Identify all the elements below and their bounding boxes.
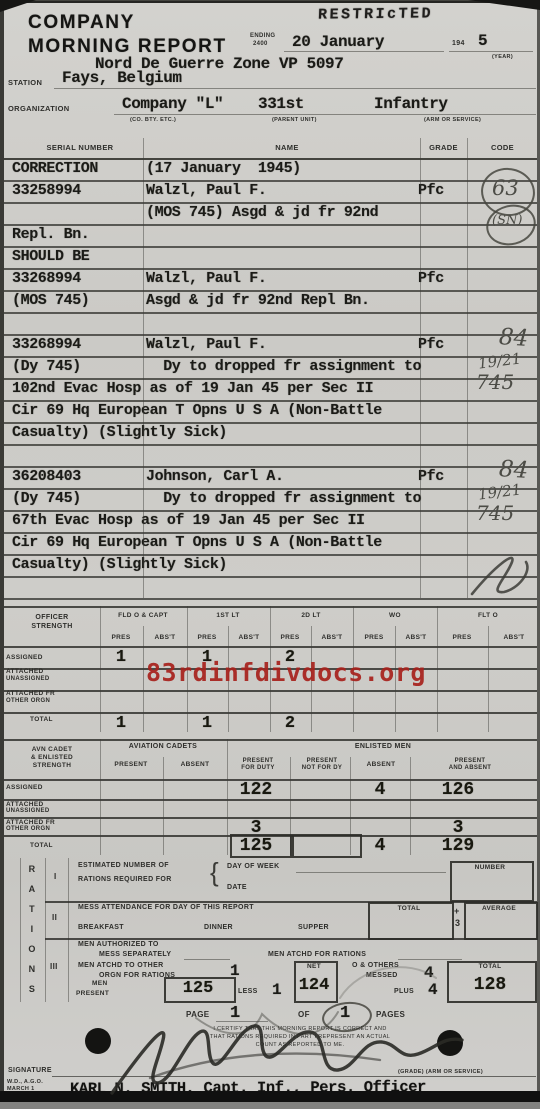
roster-row: Casualty) (Slightly Sick) <box>4 554 537 578</box>
roster-serial: 33258994 <box>12 182 81 199</box>
roster-col-name: NAME <box>154 143 420 152</box>
rule <box>449 51 533 52</box>
divide-three-glyph: 3 <box>455 918 460 928</box>
organization-label: ORGANIZATION <box>8 104 70 113</box>
plus-label: PLUS <box>394 988 414 995</box>
roster-name: Walzl, Paul F. <box>146 336 266 353</box>
total-present-notduty-box <box>292 834 362 858</box>
rule <box>227 739 228 855</box>
roster-entry-text: Casualty) (Slightly Sick) <box>12 556 227 573</box>
year-typed: 5 <box>478 32 487 50</box>
report-date: 20 January <box>292 33 384 51</box>
officer-strength-value: 1 <box>202 714 212 733</box>
men-present-value: 125 <box>183 979 214 998</box>
roster-serial: (Dy 745) <box>12 490 81 507</box>
roster-entry-text: Cir 69 Hq European T Opns U S A (Non-Bat… <box>12 534 382 551</box>
rule <box>68 858 69 1002</box>
cadet-col-header: PRESENT <box>455 758 486 764</box>
roster-row: 36208403Johnson, Carl A.Pfc <box>4 466 537 490</box>
org-sub-company: (CO. BTY. ETC.) <box>130 117 176 123</box>
station-value: Fays, Belgium <box>62 69 182 87</box>
handwritten-code: (SN) <box>492 213 522 228</box>
year-printed: 194 <box>452 40 465 47</box>
officer-group-header: WO <box>389 612 401 619</box>
officer-table-title2: STRENGTH <box>31 623 72 630</box>
others-label1: O & OTHERS <box>352 962 399 969</box>
pages-label: PAGES <box>376 1010 405 1019</box>
rule <box>184 959 230 960</box>
number-box-label: NUMBER <box>475 864 506 871</box>
men-label: MEN <box>92 980 108 987</box>
roster-row: (MOS 745)Asgd & jd fr 92nd Repl Bn. <box>4 290 537 314</box>
roster-serial: CORRECTION <box>12 160 98 177</box>
roster-name: (17 January 1945) <box>146 160 301 177</box>
cadet-row-label: TOTAL <box>30 842 53 849</box>
roster-col-code: CODE <box>468 143 537 152</box>
cadet-group-cadets: AVIATION CADETS <box>129 743 197 750</box>
photo-edge-gray <box>0 1102 540 1109</box>
org-sub-arm: (ARM OR SERVICE) <box>424 117 481 123</box>
officer-strength-value: 1 <box>116 714 126 733</box>
roster-row: (Dy 745) Dy to dropped fr assignment to <box>4 356 537 380</box>
rule <box>54 88 536 89</box>
roster-row: SHOULD BE <box>4 246 537 270</box>
roster-col-serial: SERIAL NUMBER <box>16 143 144 152</box>
cadet-row-label: ATTACHED <box>6 801 44 808</box>
rule <box>284 51 444 52</box>
day-of-week-label: DAY OF WEEK <box>227 863 279 870</box>
roster-name: (MOS 745) Asgd & jd fr 92nd <box>146 204 378 221</box>
officer-table-title1: OFFICER <box>35 614 68 621</box>
divide-plus-glyph: + <box>454 906 460 916</box>
roster-name: Walzl, Paul F. <box>146 182 266 199</box>
roster-entry-text: Cir 69 Hq European T Opns U S A (Non-Bat… <box>12 402 382 419</box>
roster-grade: Pfc <box>418 468 444 485</box>
rule <box>4 817 537 819</box>
rule <box>100 606 101 732</box>
net-value: 124 <box>299 976 330 995</box>
total-present-duty-box <box>230 834 292 858</box>
page-label: PAGE <box>186 1010 209 1019</box>
rule <box>45 858 46 1002</box>
form-note1: W.D., A.G.O. <box>7 1079 43 1085</box>
officer-row-label: UNASSIGNED <box>6 676 50 682</box>
date-label: DATE <box>227 884 247 891</box>
officer-strength-value: 2 <box>285 714 295 733</box>
handwritten-code: 84 <box>498 456 529 484</box>
estimated-rations-label2: RATIONS REQUIRED FOR <box>78 876 172 883</box>
morning-report-scan: RESTRIcTED COMPANY MORNING REPORT ENDING… <box>0 0 540 1109</box>
others-label2: MESSED <box>366 972 398 979</box>
certify-line2: THAT RATIONS REQUIRED IN PART I REPRESEN… <box>210 1034 390 1040</box>
enlisted-strength-value: 4 <box>375 836 386 856</box>
roster-serial: (MOS 745) <box>12 292 89 309</box>
roster-serial: SHOULD BE <box>12 248 89 265</box>
ending-label: ENDING <box>250 33 275 39</box>
officer-subheader: ABS'T <box>406 634 427 641</box>
roster-entry-text: 67th Evac Hosp as of 19 Jan 45 per Sec I… <box>12 512 365 529</box>
officer-row-label: TOTAL <box>30 716 53 723</box>
roster-serial: 33268994 <box>12 270 81 287</box>
roster-serial: Repl. Bn. <box>12 226 89 243</box>
breakfast-label: BREAKFAST <box>78 924 124 931</box>
year-label: (YEAR) <box>492 54 513 60</box>
officer-subheader: ABS'T <box>239 634 260 641</box>
rations-side-letter: R <box>29 864 36 874</box>
roster-name: Walzl, Paul F. <box>146 270 266 287</box>
cadet-col-header: PRESENT <box>114 761 147 768</box>
rations-section2-num: II <box>52 913 57 922</box>
dinner-label: DINNER <box>204 924 233 931</box>
roster-name: Asgd & jd fr 92nd Repl Bn. <box>146 292 370 309</box>
roster-row: Cir 69 Hq European T Opns U S A (Non-Bat… <box>4 400 537 424</box>
roster-serial: 33268994 <box>12 336 81 353</box>
grade-service-note: (GRADE) (ARM OR SERVICE) <box>398 1069 483 1075</box>
cadet-row-label: UNASSIGNED <box>6 808 50 814</box>
officer-subheader: ABS'T <box>322 634 343 641</box>
mess-separately-label: MESS SEPARATELY <box>99 951 171 958</box>
cadet-row-label: ASSIGNED <box>6 784 43 791</box>
rule <box>4 739 537 741</box>
men-authorized-label: MEN AUTHORIZED TO <box>78 941 159 948</box>
rations-side-label: RATIONS <box>24 858 40 1002</box>
roster-serial: (Dy 745) <box>12 358 81 375</box>
handwritten-code: 63 <box>492 176 519 200</box>
rule <box>437 606 438 732</box>
supper-label: SUPPER <box>298 924 329 931</box>
cadet-col-header: PRESENT <box>307 758 338 764</box>
roster-row <box>4 576 537 600</box>
atchd-other-label1: MEN ATCHD TO OTHER <box>78 962 164 969</box>
roster-grade: Pfc <box>418 182 444 199</box>
roster-row: Repl. Bn. <box>4 224 537 248</box>
roster-row: CORRECTION(17 January 1945) <box>4 158 537 182</box>
rations-section1-num: I <box>54 872 57 881</box>
net-label: NET <box>307 963 321 970</box>
rule <box>20 858 21 1002</box>
rule <box>4 799 537 801</box>
rule <box>420 138 421 598</box>
officer-subheader: PRES <box>452 634 471 641</box>
officer-row-label: ASSIGNED <box>6 654 43 661</box>
mess-total-label: TOTAL <box>398 905 421 912</box>
men-atchd-rations-label: MEN ATCHD FOR RATIONS <box>268 951 366 958</box>
restricted-stamp: RESTRIcTED <box>318 5 434 23</box>
rule <box>163 757 164 855</box>
officer-subheader: PRES <box>280 634 299 641</box>
certify-line3: COUNT AS REPORTED TO ME. <box>256 1042 345 1048</box>
roster-body: CORRECTION(17 January 1945)33258994Walzl… <box>4 158 537 598</box>
estimated-rations-label1: ESTIMATED NUMBER OF <box>78 862 169 869</box>
average-label: AVERAGE <box>482 905 516 912</box>
org-company: Company "L" <box>122 95 223 113</box>
rations-side-letter: T <box>29 904 35 914</box>
hole-punch-right <box>437 1030 463 1056</box>
cadet-col-header: FOR DUTY <box>241 765 274 771</box>
roster-row: (Dy 745) Dy to dropped fr assignment to <box>4 488 537 512</box>
cadet-table-title2: & ENLISTED <box>31 754 73 761</box>
officer-subheader: ABS'T <box>504 634 525 641</box>
rations-side-letter: N <box>29 964 36 974</box>
roster-row: 33268994Walzl, Paul F.Pfc <box>4 268 537 292</box>
rule <box>467 138 468 598</box>
cadet-row-label: ATTACHED FR <box>6 819 55 826</box>
roster-name: Dy to dropped fr assignment to <box>146 358 421 375</box>
officer-group-header: FLD O & CAPT <box>118 612 168 619</box>
roster-col-grade: GRADE <box>420 143 467 152</box>
roster-row <box>4 444 537 468</box>
rule <box>143 138 144 598</box>
photo-edge-black <box>0 1091 540 1102</box>
rations-side-letter: I <box>31 924 34 934</box>
rule <box>4 779 537 781</box>
rule <box>52 1076 536 1077</box>
org-sub-parent: (PARENT UNIT) <box>272 117 317 123</box>
cadet-table-title1: AVN CADET <box>32 746 73 753</box>
roster-name: Johnson, Carl A. <box>146 468 284 485</box>
handwritten-code: 745 <box>476 370 514 394</box>
signature-label: SIGNATURE <box>8 1067 52 1074</box>
cadet-table-title3: STRENGTH <box>33 762 72 769</box>
org-arm: Infantry <box>374 95 448 113</box>
enlisted-strength-value: 126 <box>442 780 474 800</box>
roster-row: 102nd Evac Hosp as of 19 Jan 45 per Sec … <box>4 378 537 402</box>
mess-attendance-label: MESS ATTENDANCE FOR DAY OF THIS REPORT <box>78 904 254 911</box>
form-title-line1: COMPANY <box>28 12 135 34</box>
roster-entry-text: Casualty) (Slightly Sick) <box>12 424 227 441</box>
present-label: PRESENT <box>76 990 109 997</box>
officer-subheader: PRES <box>197 634 216 641</box>
officer-group-header: 2D LT <box>301 612 320 619</box>
enlisted-strength-value: 129 <box>442 836 474 856</box>
roster-name: Dy to dropped fr assignment to <box>146 490 421 507</box>
rule <box>100 739 101 855</box>
officer-row-label: OTHER ORGN <box>6 698 50 704</box>
rule <box>488 626 489 732</box>
rule <box>143 626 144 732</box>
rations-side-letter: O <box>28 944 35 954</box>
cadet-col-header: PRESENT <box>243 758 274 764</box>
officer-group-header: FLT O <box>478 612 498 619</box>
handwritten-code: 745 <box>476 501 514 525</box>
brace-glyph: { <box>210 857 219 888</box>
rations-total-value: 128 <box>474 975 506 995</box>
roster-row: 33258994Walzl, Paul F.Pfc <box>4 180 537 204</box>
cadet-col-header: ABSENT <box>367 761 396 768</box>
cadet-col-header: ABSENT <box>181 761 210 768</box>
rule <box>410 757 411 855</box>
roster-row: Cir 69 Hq European T Opns U S A (Non-Bat… <box>4 532 537 556</box>
rule <box>114 114 536 115</box>
watermark-text: 83rdinfdivdocs.org <box>146 658 426 687</box>
roster-serial: 36208403 <box>12 468 81 485</box>
roster-entry-text: 102nd Evac Hosp as of 19 Jan 45 per Sec … <box>12 380 373 397</box>
less-label: LESS <box>238 988 258 995</box>
cadet-col-header: AND ABSENT <box>449 765 492 771</box>
officer-subheader: ABS'T <box>155 634 176 641</box>
handwritten-code: 84 <box>498 324 529 352</box>
roster-grade: Pfc <box>418 270 444 287</box>
others-messed-value: 4 <box>424 964 433 982</box>
officer-subheader: PRES <box>364 634 383 641</box>
enlisted-strength-value: 4 <box>375 780 386 800</box>
roster-grade: Pfc <box>418 336 444 353</box>
enlisted-strength-value: 122 <box>240 780 272 800</box>
rule <box>296 872 446 873</box>
pages-number: 1 <box>340 1004 350 1023</box>
cadet-group-enlisted: ENLISTED MEN <box>355 743 411 750</box>
cadet-col-header: NOT FOR DY <box>302 765 343 771</box>
certify-line1: I CERTIFY THAT THIS MORNING REPORT IS CO… <box>213 1026 386 1032</box>
roster-row: (MOS 745) Asgd & jd fr 92nd <box>4 202 537 226</box>
rations-total-label: TOTAL <box>479 963 502 970</box>
rations-side-letter: A <box>29 884 36 894</box>
roster-row: Casualty) (Slightly Sick) <box>4 422 537 446</box>
of-label: OF <box>298 1010 310 1019</box>
rule <box>216 1021 268 1022</box>
officer-strength-value: 1 <box>116 648 126 667</box>
less-value: 1 <box>272 981 281 999</box>
roster-row: 33268994Walzl, Paul F.Pfc <box>4 334 537 358</box>
station-label: STATION <box>8 78 42 87</box>
rations-section3-num: III <box>50 962 58 971</box>
plus-value: 4 <box>428 981 437 999</box>
cadet-row-label: OTHER ORGN <box>6 826 50 832</box>
officer-group-header: 1ST LT <box>216 612 239 619</box>
rule <box>398 959 462 960</box>
roster-header: SERIAL NUMBER NAME GRADE CODE <box>4 138 537 160</box>
org-parent-unit: 331st <box>258 95 304 113</box>
ending-time-label: 2400 <box>253 41 268 47</box>
officer-subheader: PRES <box>111 634 130 641</box>
hole-punch-left <box>85 1028 111 1054</box>
roster-row <box>4 312 537 336</box>
roster-row: 67th Evac Hosp as of 19 Jan 45 per Sec I… <box>4 510 537 534</box>
rations-side-letter: S <box>29 984 35 994</box>
